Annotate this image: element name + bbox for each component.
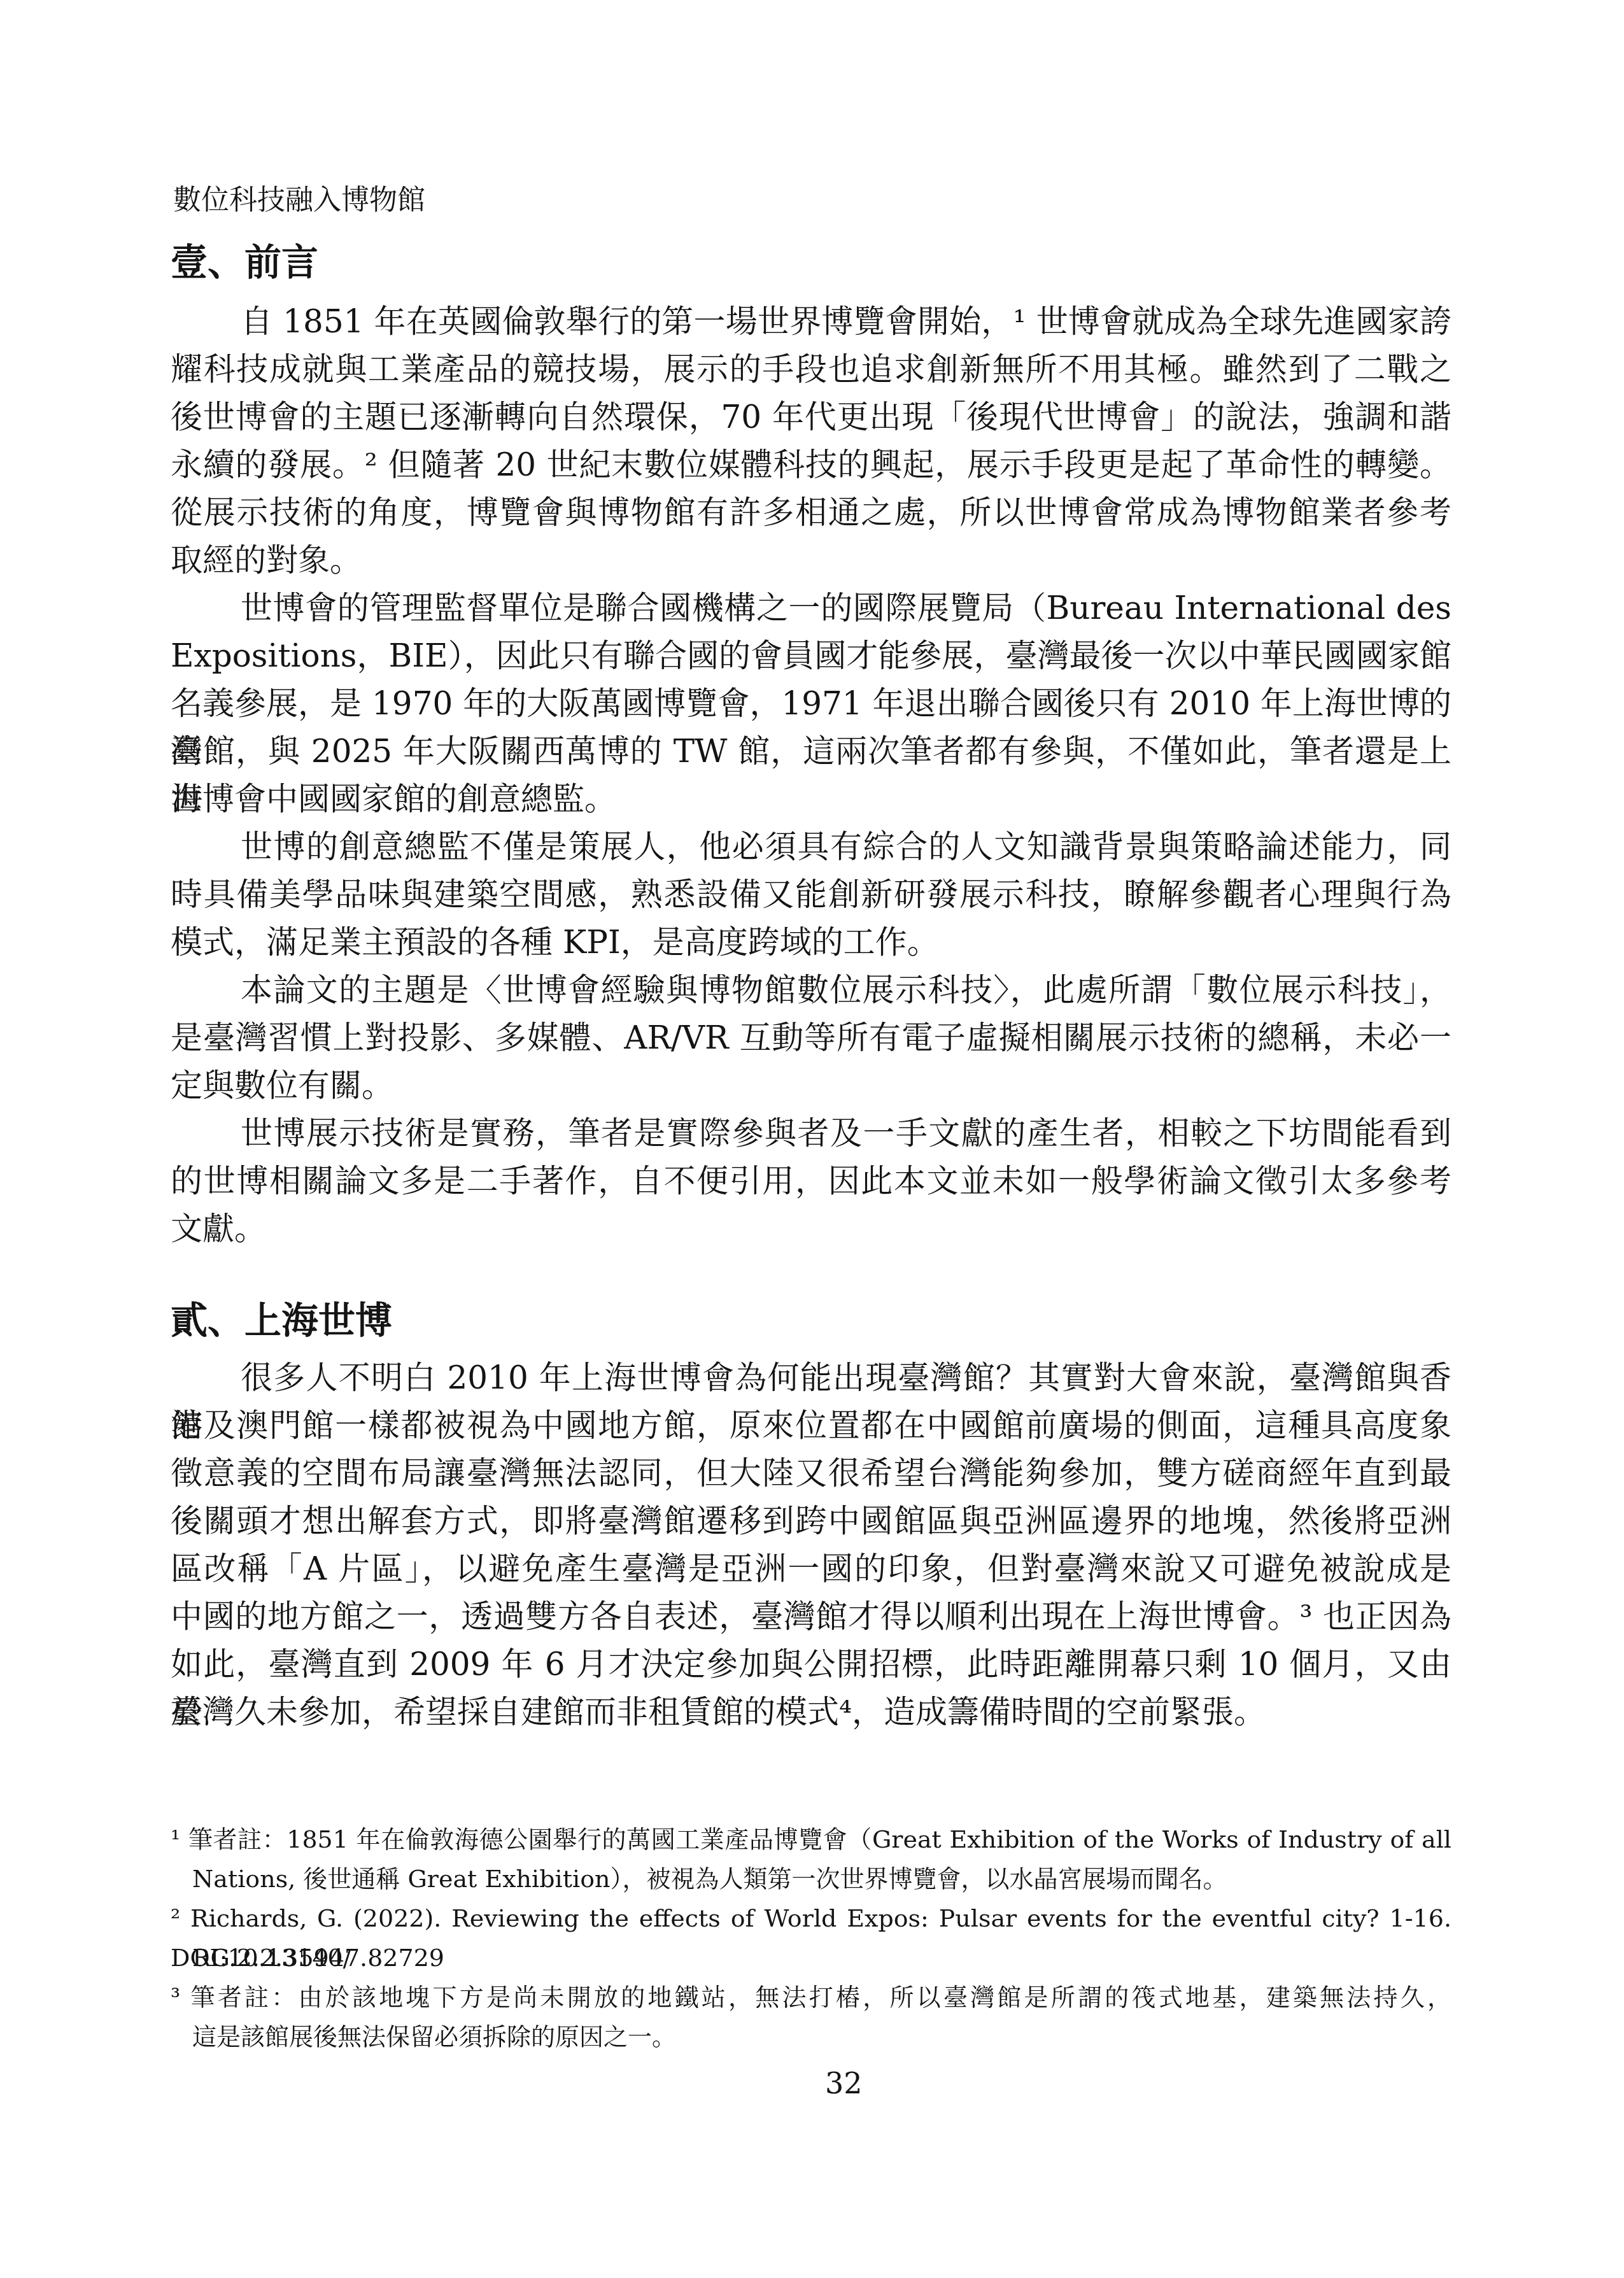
body-line: 區改稱「A 片區」，以避免產生臺灣是亞洲一國的印象，但對臺灣來說又可避免被說成是 [171,1545,1451,1593]
body-line: Expositions，BIE），因此只有聯合國的會員國才能參展，臺灣最後一次以… [171,632,1451,680]
body-line: 自 1851 年在英國倫敦舉行的第一場世界博覽會開始，¹ 世博會就成為全球先進國… [171,298,1451,346]
running-header: 數位科技融入博物館 [173,183,425,218]
footnote-line: 這是該館展後無法保留必須拆除的原因之一。 [171,2017,1451,2056]
footnote-line: ³ 筆者註：由於該地塊下方是尚未開放的地鐵站，無法打樁，所以臺灣館是所謂的筏式地… [171,1977,1451,2017]
body-line: 名義參展，是 1970 年的大阪萬國博覽會，1971 年退出聯合國後只有 201… [171,680,1451,728]
footnotes: ¹ 筆者註：1851 年在倫敦海德公園舉行的萬國工業產品博覽會（Great Ex… [171,1820,1451,2056]
section-2-heading: 貳、上海世博 [171,1299,392,1343]
body-line: 徵意義的空間布局讓臺灣無法認同，但大陸又很希望台灣能夠參加，雙方磋商經年直到最 [171,1450,1451,1497]
body-line: 從展示技術的角度，博覽會與博物館有許多相通之處，所以世博會常成為博物館業者參考 [171,489,1451,537]
body-line: 世博展示技術是實務，筆者是實際參與者及一手文獻的產生者，相較之下坊間能看到 [171,1110,1451,1157]
body-line: 後世博會的主題已逐漸轉向自然環保，70 年代更出現「後現代世博會」的說法，強調和… [171,393,1451,441]
body-line: 臺灣久未參加，希望採自建館而非租賃館的模式⁴，造成籌備時間的空前緊張。 [171,1688,1451,1736]
body-line: 館及澳門館一樣都被視為中國地方館，原來位置都在中國館前廣場的側面，這種具高度象 [171,1402,1451,1450]
section-1-body: 自 1851 年在英國倫敦舉行的第一場世界博覽會開始，¹ 世博會就成為全球先進國… [171,298,1451,1253]
section-2-body: 很多人不明白 2010 年上海世博會為何能出現臺灣館？其實對大會來說，臺灣館與香… [171,1354,1451,1736]
body-line: 定與數位有關。 [171,1062,1451,1110]
body-line: 世博會的管理監督單位是聯合國機構之一的國際展覽局（Bureau Internat… [171,584,1451,632]
footnote-line: Nations, 後世通稱 Great Exhibition），被視為人類第一次… [171,1859,1451,1899]
body-line: 耀科技成就與工業產品的競技場，展示的手段也追求創新無所不用其極。雖然到了二戰之 [171,346,1451,393]
body-line: 文獻。 [171,1205,1451,1253]
body-line: 中國的地方館之一，透過雙方各自表述，臺灣館才得以順利出現在上海世博會。³ 也正因… [171,1593,1451,1641]
document-page: 數位科技融入博物館 壹、前言 自 1851 年在英國倫敦舉行的第一場世界博覽會開… [0,0,1624,2278]
body-line: 時具備美學品味與建築空間感，熟悉設備又能創新研發展示科技，瞭解參觀者心理與行為 [171,871,1451,919]
body-line: 世博的創意總監不僅是策展人，他必須具有綜合的人文知識背景與策略論述能力，同 [171,823,1451,871]
body-line: 永續的發展。² 但隨著 20 世紀末數位媒體科技的興起，展示手段更是起了革命性的… [171,441,1451,489]
body-line: 是臺灣習慣上對投影、多媒體、AR/VR 互動等所有電子虛擬相關展示技術的總稱，未… [171,1014,1451,1062]
body-line: 模式，滿足業主預設的各種 KPI，是高度跨域的工作。 [171,919,1451,966]
body-line: 本論文的主題是〈世博會經驗與博物館數位展示科技〉，此處所謂「數位展示科技」， [171,966,1451,1014]
body-line: 世博會中國國家館的創意總監。 [171,775,1451,823]
section-1-heading: 壹、前言 [171,241,318,285]
body-line: 很多人不明白 2010 年上海世博會為何能出現臺灣館？其實對大會來說，臺灣館與香… [171,1354,1451,1402]
body-line: 後關頭才想出解套方式，即將臺灣館遷移到跨中國館區與亞洲區邊界的地塊，然後將亞洲 [171,1497,1451,1545]
body-line: 如此，臺灣直到 2009 年 6 月才決定參加與公開招標，此時距離開幕只剩 10… [171,1641,1451,1688]
page-number: 32 [825,2066,863,2101]
body-line: 灣館，與 2025 年大阪關西萬博的 TW 館，這兩次筆者都有參與，不僅如此，筆… [171,728,1451,775]
footnote-line: ² Richards, G. (2022). Reviewing the eff… [171,1899,1451,1938]
body-line: 的世博相關論文多是二手著作，自不便引用，因此本文並未如一般學術論文徵引太多參考 [171,1157,1451,1205]
footnote-line: RG.2.2.35947.82729 [171,1938,1451,1977]
footnote-line: ¹ 筆者註：1851 年在倫敦海德公園舉行的萬國工業產品博覽會（Great Ex… [171,1820,1451,1859]
body-line: 取經的對象。 [171,537,1451,584]
